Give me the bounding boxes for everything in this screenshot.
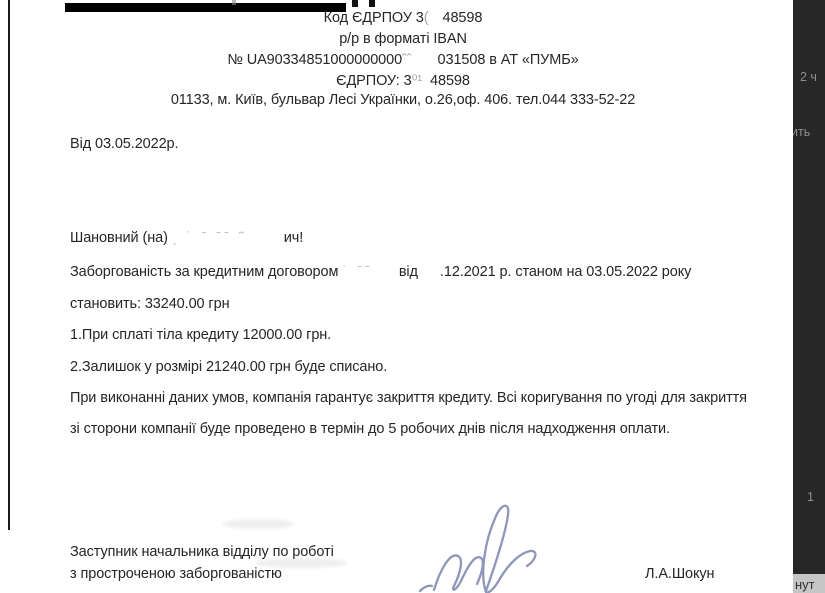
erased-digits: ( <box>424 10 429 26</box>
signer-name: Л.А.Шокун <box>645 566 714 582</box>
handwritten-signature <box>418 494 568 593</box>
amount-line: становить: 33240.00 грн <box>70 296 230 312</box>
terms-line-2: зі сторони компанії буде проведено в тер… <box>70 421 670 437</box>
signer-name-text: Л.А.Шокун <box>645 566 714 582</box>
condition-text: 1.При сплаті тіла кредиту 12000.00 грн. <box>70 327 331 343</box>
terms-text: зі сторони компанії буде проведено в тер… <box>70 421 670 437</box>
amount-text: становить: 33240.00 грн <box>70 296 230 312</box>
header-text: 031508 в АТ «ПУМБ» <box>438 52 579 68</box>
erased-contract-number: ˙ ˉˉ <box>342 264 373 280</box>
signature-stroke <box>483 506 508 593</box>
salutation-text: Шановний (на) <box>70 230 168 246</box>
header-text: 48598 <box>430 73 470 89</box>
debt-text: .12.2021 р. станом на 03.05.2022 року <box>440 264 691 280</box>
debt-text: Заборгованість за кредитним договором <box>70 264 338 280</box>
signoff-text: Заступник начальника відділу по роботі <box>70 544 334 560</box>
cutoff-letter-fragment <box>369 0 375 7</box>
terms-text: При виконанні даних умов, компанія гаран… <box>70 390 747 406</box>
header-line-iban-number: № UA90334851000000000ˆˆ031508 в АТ «ПУМБ… <box>40 52 766 68</box>
strip-text-fragment: нут <box>795 577 815 592</box>
strip-text-fragment: ить <box>793 125 810 139</box>
header-line-address: 01133, м. Київ, бульвар Лесі Українки, о… <box>40 92 766 108</box>
salutation-suffix: ич! <box>284 230 303 246</box>
header-text: 01133, м. Київ, бульвар Лесі Українки, о… <box>171 92 635 108</box>
signature-stroke <box>420 586 432 591</box>
page-left-border-line <box>8 0 10 530</box>
cutoff-letter-fragment <box>352 0 358 7</box>
erased-gap <box>373 275 399 276</box>
condition-text: 2.Залишок у розмірі 21240.00 грн буде сп… <box>70 359 387 375</box>
debt-text: від <box>399 264 418 280</box>
header-text: 48598 <box>443 10 483 26</box>
signoff-title-line-1: Заступник начальника відділу по роботі <box>70 544 334 560</box>
signature-stroke <box>434 555 483 590</box>
erased-gap <box>429 21 443 22</box>
signoff-text: з простроченою заборгованістю <box>70 566 282 582</box>
condition-item-1: 1.При сплаті тіла кредиту 12000.00 грн. <box>70 327 331 343</box>
debt-statement-line: Заборгованість за кредитним договором ˙ … <box>70 264 691 280</box>
header-text: ЄДРПОУ: 3 <box>336 73 411 89</box>
erased-digits: ˆˆ <box>402 52 411 68</box>
header-line-edrpou-code: Код ЄДРПОУ 3(48598 <box>40 10 766 26</box>
condition-item-2: 2.Залишок у розмірі 21240.00 грн буде сп… <box>70 359 387 375</box>
erased-digits: ⁰¹ <box>412 73 422 89</box>
cutoff-letter-fragment <box>232 0 236 5</box>
header-text: р/р в форматі IBAN <box>339 31 467 47</box>
erased-gap <box>422 84 430 85</box>
strip-text-fragment: 1 <box>807 490 814 504</box>
erased-text-smudge <box>222 519 294 529</box>
terms-line-1: При виконанні даних умов, компанія гаран… <box>70 390 747 406</box>
date-line: Від 03.05.2022р. <box>70 136 178 152</box>
erased-gap <box>412 63 438 64</box>
header-text: Код ЄДРПОУ 3 <box>324 10 424 26</box>
scanned-letter-page: Код ЄДРПОУ 3(48598 р/р в форматі IBAN № … <box>0 0 825 593</box>
adjacent-page-dark-strip: 2 ч ить 1 нут <box>793 0 825 593</box>
erased-gap <box>418 275 440 276</box>
salutation-line: Шановний (на) ˏ ˙ ˉ ˉˉ ˜ич! <box>70 230 303 246</box>
header-line-iban-label: р/р в форматі IBAN <box>40 31 766 47</box>
header-text: № UA90334851000000000 <box>227 52 402 68</box>
signoff-title-line-2: з простроченою заборгованістю <box>70 566 282 582</box>
header-line-edrpou-2: ЄДРПОУ: 3⁰¹48598 <box>40 73 766 89</box>
date-text: Від 03.05.2022р. <box>70 136 178 152</box>
erased-name-traces: ˏ ˙ ˉ ˉˉ ˜ <box>172 230 284 246</box>
signature-stroke <box>498 551 535 582</box>
strip-text-fragment: 2 ч <box>800 70 817 84</box>
